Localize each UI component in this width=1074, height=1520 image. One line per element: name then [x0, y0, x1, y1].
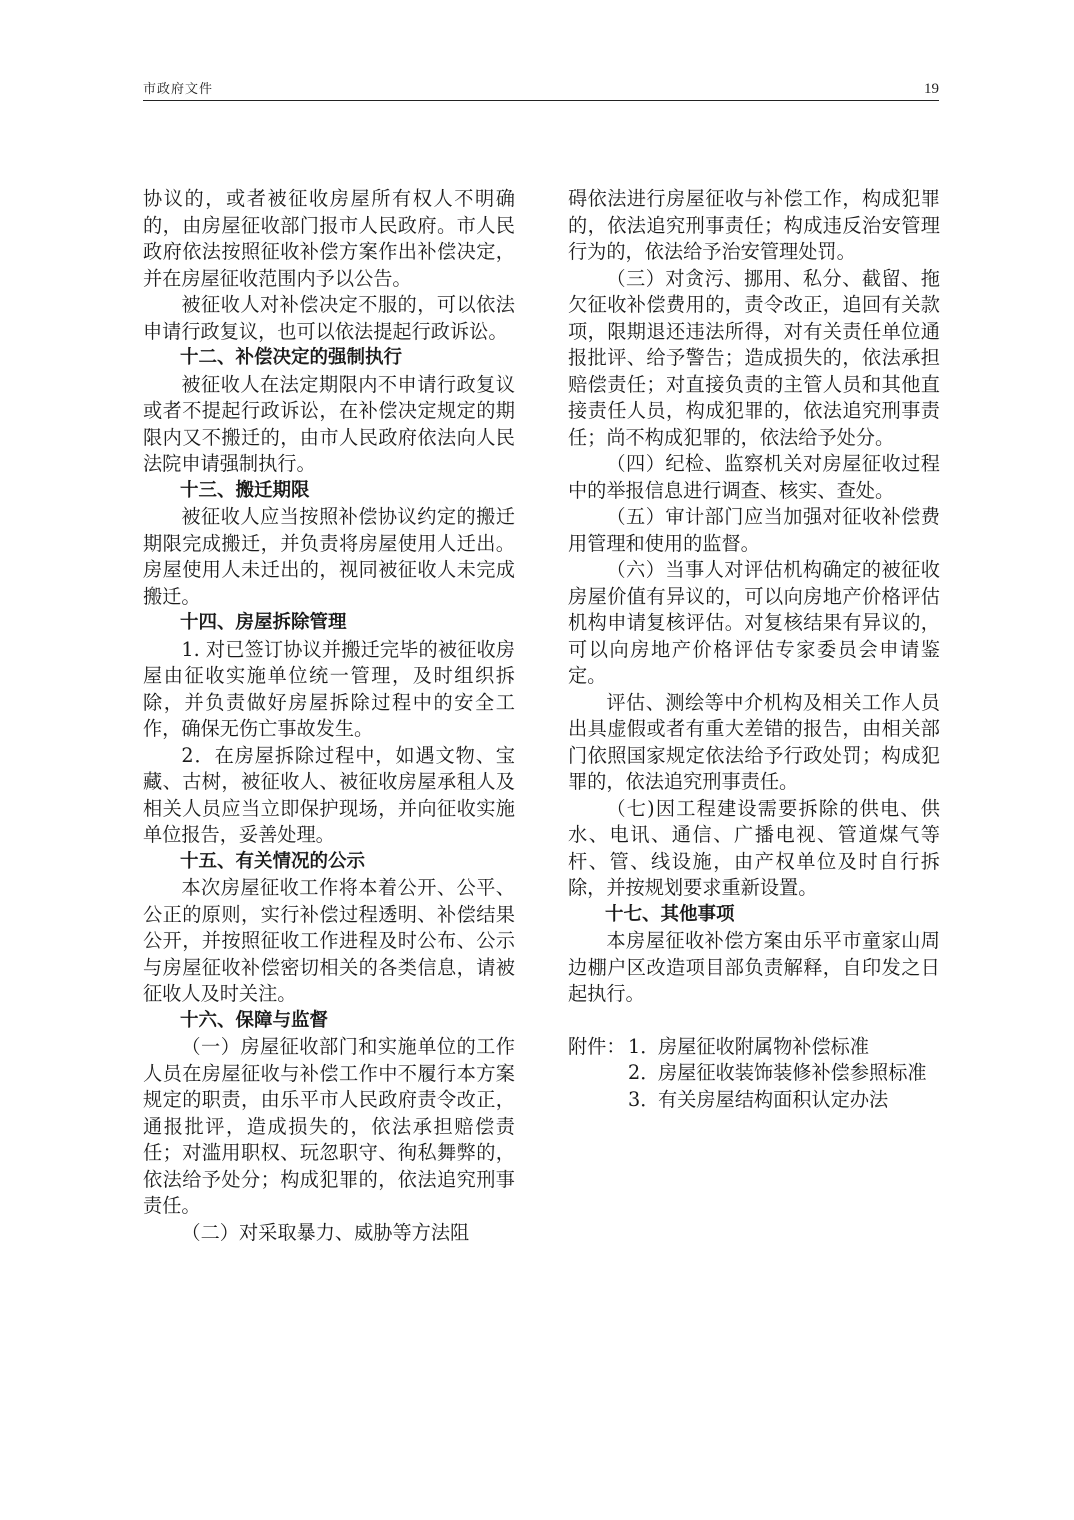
- paragraph: 本次房屋征收工作将本着公开、公平、公正的原则，实行补偿过程透明、补偿结果公开，并…: [143, 875, 515, 1008]
- section-heading: 十三、搬迁期限: [143, 478, 515, 505]
- attachment-number: 3．: [628, 1087, 658, 1114]
- paragraph: 被征收人在法定期限内不申请行政复议或者不提起行政诉讼，在补偿决定规定的期限内又不…: [143, 372, 515, 478]
- page-header: 市政府文件 19: [143, 78, 939, 101]
- paragraph: （三）对贪污、挪用、私分、截留、拖欠征收补偿费用的，责令改正，追回有关款项，限期…: [568, 266, 940, 452]
- paragraph: 1. 对已签订协议并搬迁完毕的被征收房屋由征收实施单位统一管理，及时组织拆除，并…: [143, 637, 515, 743]
- section-heading: 十六、保障与监督: [143, 1008, 515, 1035]
- paragraph: 本房屋征收补偿方案由乐平市童家山周边棚户区改造项目部负责解释，自印发之日起执行。: [568, 928, 940, 1008]
- paragraph: 评估、测绘等中介机构及相关工作人员出具虚假或者有重大差错的报告，由相关部门依照国…: [568, 690, 940, 796]
- section-heading: 十七、其他事项: [568, 902, 940, 929]
- paragraph: 被征收人对补偿决定不服的，可以依法申请行政复议，也可以依法提起行政诉讼。: [143, 292, 515, 345]
- section-heading: 十四、房屋拆除管理: [143, 610, 515, 637]
- paragraph: 被征收人应当按照补偿协议约定的搬迁期限完成搬迁，并负责将房屋使用人迁出。房屋使用…: [143, 504, 515, 610]
- attachments-label: 附件：: [568, 1034, 628, 1061]
- paragraph: 碍依法进行房屋征收与补偿工作，构成犯罪的，依法追究刑事责任；构成违反治安管理行为…: [568, 186, 940, 266]
- section-heading: 十二、补偿决定的强制执行: [143, 345, 515, 372]
- attachment-title: 房屋征收装饰装修补偿参照标准: [658, 1060, 927, 1087]
- attachment-item: 2． 房屋征收装饰装修补偿参照标准: [568, 1060, 940, 1087]
- attachment-number: 2．: [628, 1060, 658, 1087]
- page-number: 19: [924, 81, 939, 98]
- section-heading: 十五、有关情况的公示: [143, 849, 515, 876]
- header-title: 市政府文件: [143, 78, 213, 97]
- paragraph: （七)因工程建设需要拆除的供电、供水、电讯、通信、广播电视、管道煤气等杆、管、线…: [568, 796, 940, 902]
- right-column: 碍依法进行房屋征收与补偿工作，构成犯罪的，依法追究刑事责任；构成违反治安管理行为…: [568, 186, 940, 1113]
- attachment-title: 房屋征收附属物补偿标准: [658, 1034, 869, 1061]
- paragraph: 协议的，或者被征收房屋所有权人不明确的，由房屋征收部门报市人民政府。市人民政府依…: [143, 186, 515, 292]
- paragraph: 2．在房屋拆除过程中，如遇文物、宝藏、古树，被征收人、被征收房屋承租人及相关人员…: [143, 743, 515, 849]
- attachment-item: 附件： 1． 房屋征收附属物补偿标准: [568, 1034, 940, 1061]
- attachment-number: 1．: [628, 1034, 658, 1061]
- attachment-item: 3． 有关房屋结构面积认定办法: [568, 1087, 940, 1114]
- left-column: 协议的，或者被征收房屋所有权人不明确的，由房屋征收部门报市人民政府。市人民政府依…: [143, 186, 515, 1246]
- paragraph: （四）纪检、监察机关对房屋征收过程中的举报信息进行调查、核实、查处。: [568, 451, 940, 504]
- attachment-title: 有关房屋结构面积认定办法: [658, 1087, 888, 1114]
- attachments-list: 附件： 1． 房屋征收附属物补偿标准 2． 房屋征收装饰装修补偿参照标准 3． …: [568, 1034, 940, 1114]
- paragraph: （六）当事人对评估机构确定的被征收房屋价值有异议的，可以向房地产价格评估机构申请…: [568, 557, 940, 690]
- paragraph: （一）房屋征收部门和实施单位的工作人员在房屋征收与补偿工作中不履行本方案规定的职…: [143, 1034, 515, 1220]
- paragraph: （五）审计部门应当加强对征收补偿费用管理和使用的监督。: [568, 504, 940, 557]
- paragraph: （二）对采取暴力、威胁等方法阻: [143, 1220, 515, 1247]
